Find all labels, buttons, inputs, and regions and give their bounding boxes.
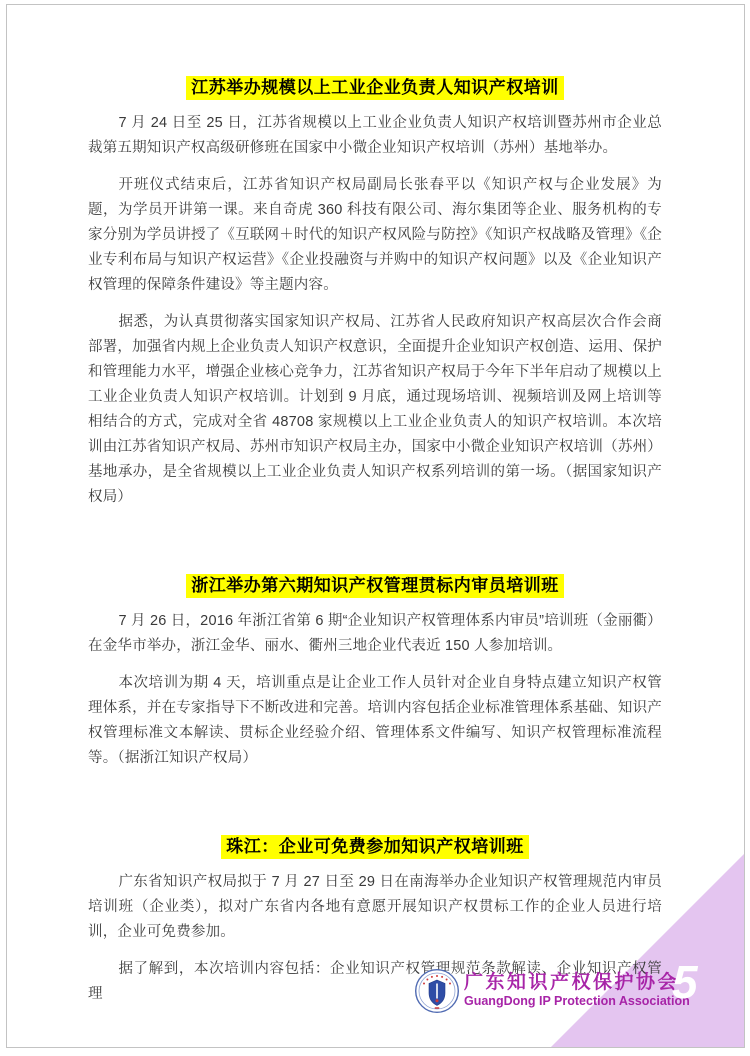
section-title: 江苏举办规模以上工业企业负责人知识产权培训 [186,76,564,100]
section-title: 珠江：企业可免费参加知识产权培训班 [221,835,529,859]
page-footer: 广东知识产权保护协会 GuangDong IP Protection Assoc… [0,958,750,1048]
section-title-row: 江苏举办规模以上工业企业负责人知识产权培训 [88,76,662,100]
section-title-row: 珠江：企业可免费参加知识产权培训班 [88,835,662,859]
paragraph: 本次培训为期 4 天，培训重点是让企业工作人员针对企业自身特点建立知识产权管理体… [88,671,662,771]
paragraph: 据悉，为认真贯彻落实国家知识产权局、江苏省人民政府知识产权高层次合作会商部署，加… [88,310,662,510]
section-title-row: 浙江举办第六期知识产权管理贯标内审员培训班 [88,574,662,598]
paragraph: 7 月 24 日至 25 日，江苏省规模以上工业企业负责人知识产权培训暨苏州市企… [88,111,662,161]
page-content: 江苏举办规模以上工业企业负责人知识产权培训 7 月 24 日至 25 日，江苏省… [88,0,662,1019]
paragraph: 7 月 26 日，2016 年浙江省第 6 期“企业知识产权管理体系内审员”培训… [88,609,662,659]
page-number: 5 [672,958,698,1006]
section-title: 浙江举办第六期知识产权管理贯标内审员培训班 [186,574,564,598]
association-names: 广东知识产权保护协会 GuangDong IP Protection Assoc… [464,971,690,1009]
section-jiangsu: 江苏举办规模以上工业企业负责人知识产权培训 7 月 24 日至 25 日，江苏省… [88,76,662,510]
paragraph: 开班仪式结束后，江苏省知识产权局副局长张春平以《知识产权与企业发展》为题，为学员… [88,173,662,298]
document-page: 江苏举办规模以上工业企业负责人知识产权培训 7 月 24 日至 25 日，江苏省… [0,0,750,1056]
association-badge-icon [414,968,460,1014]
association-name-en: GuangDong IP Protection Association [464,994,690,1009]
paragraph: 广东省知识产权局拟于 7 月 27 日至 29 日在南海举办企业知识产权管理规范… [88,870,662,945]
association-name-cn: 广东知识产权保护协会 [464,971,690,994]
section-zhejiang: 浙江举办第六期知识产权管理贯标内审员培训班 7 月 26 日，2016 年浙江省… [88,574,662,771]
